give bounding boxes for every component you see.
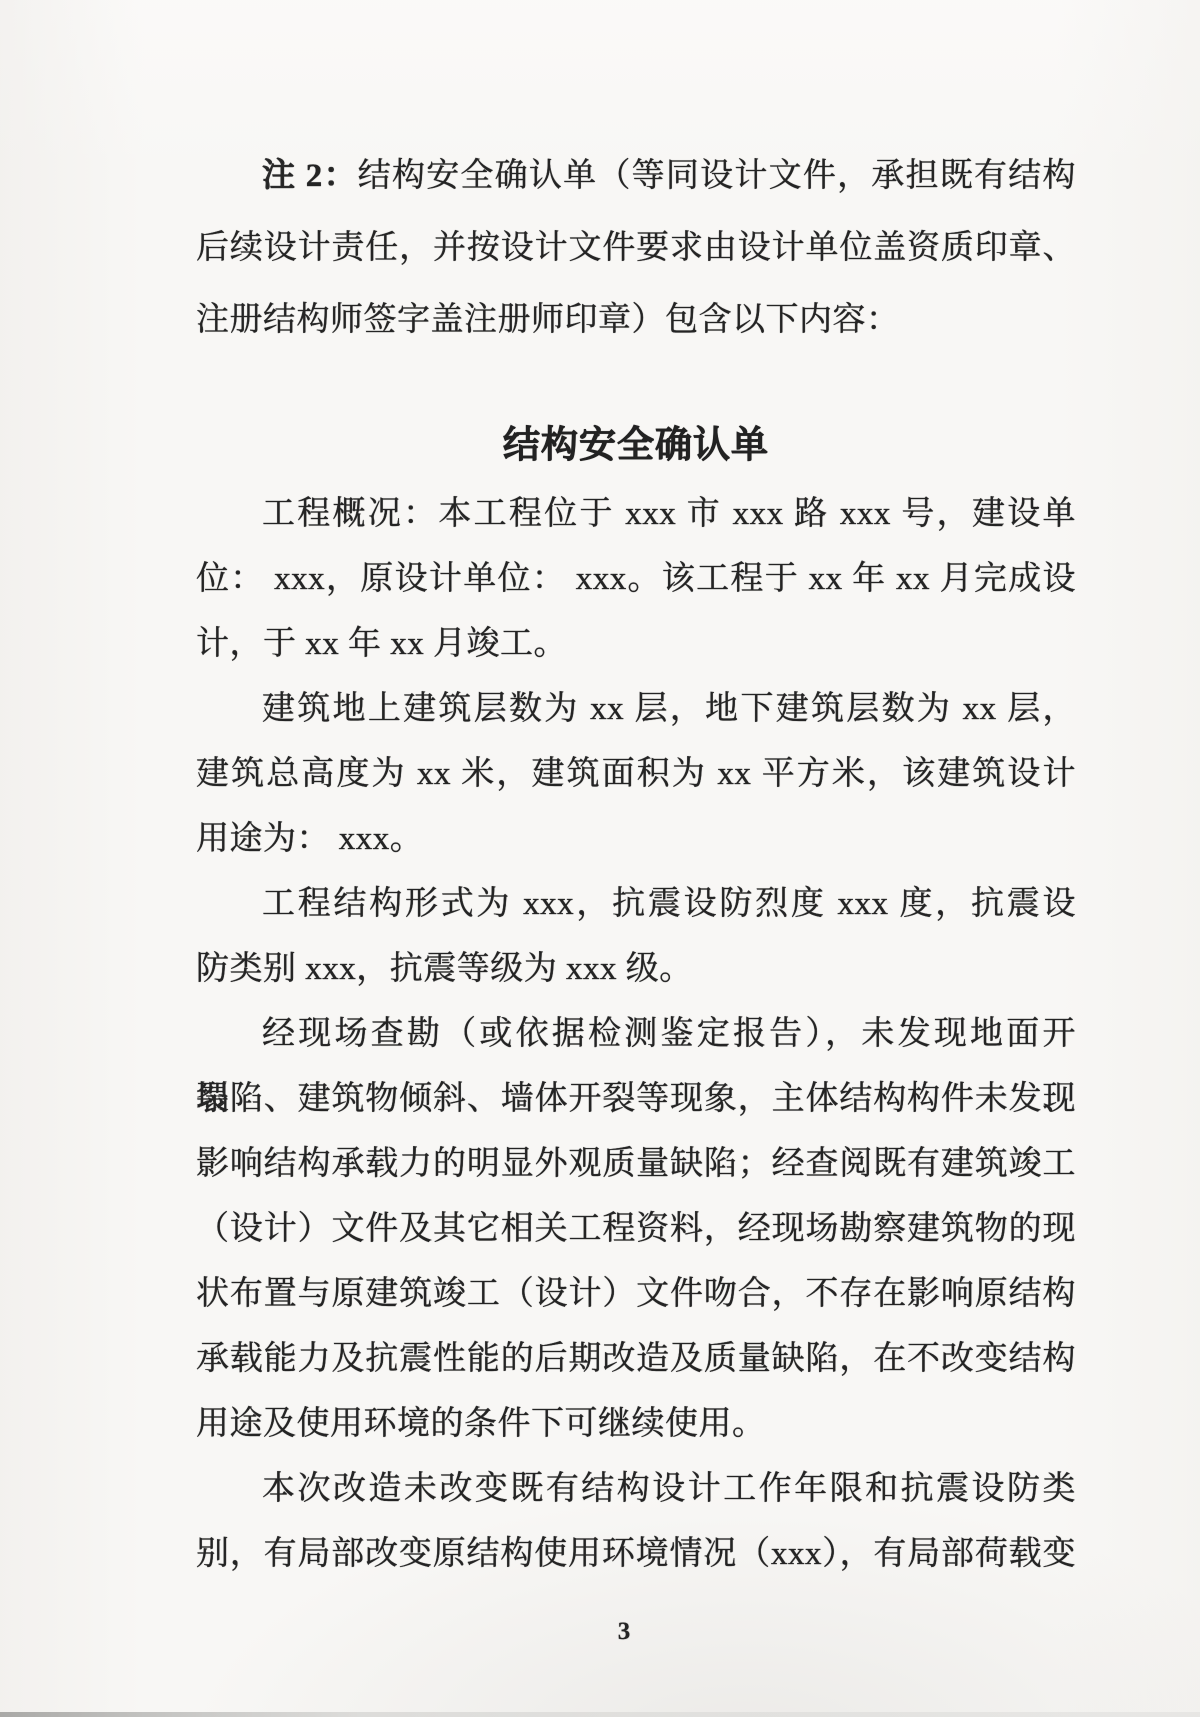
structure-line-2: 防类别 xxx，抗震等级为 xxx 级。	[196, 937, 1076, 1002]
page-number: 3	[618, 1612, 631, 1652]
renovation-line-2: 别，有局部改变原结构使用环境情况（xxx），有局部荷载变	[196, 1522, 1076, 1587]
building-line-2: 建筑总高度为 xx 米，建筑面积为 xx 平方米，该建筑设计	[196, 742, 1076, 807]
survey-line-2: 塌陷、建筑物倾斜、墙体开裂等现象，主体结构构件未发现	[196, 1067, 1076, 1132]
note2-line-1: 注 2：结构安全确认单（等同设计文件，承担既有结构	[196, 140, 1076, 212]
survey-line-1: 经现场查勘（或依据检测鉴定报告），未发现地面开裂、	[196, 1002, 1076, 1067]
note2-label: 注 2：	[262, 158, 358, 194]
renovation-line-1: 本次改造未改变既有结构设计工作年限和抗震设防类	[196, 1457, 1076, 1522]
note2-line-2: 后续设计责任，并按设计文件要求由设计单位盖资质印章、	[196, 212, 1076, 284]
survey-line-6: 承载能力及抗震性能的后期改造及质量缺陷，在不改变结构	[196, 1327, 1076, 1392]
building-line-3: 用途为： xxx。	[196, 807, 1076, 872]
note2-line-1-text: 结构安全确认单（等同设计文件，承担既有结构	[358, 158, 1076, 194]
overview-line-3: 计，于 xx 年 xx 月竣工。	[196, 612, 1076, 677]
document-page: 注 2：结构安全确认单（等同设计文件，承担既有结构 后续设计责任，并按设计文件要…	[0, 0, 1200, 1717]
structure-line-1: 工程结构形式为 xxx，抗震设防烈度 xxx 度，抗震设	[196, 872, 1076, 937]
survey-line-3: 影响结构承载力的明显外观质量缺陷；经查阅既有建筑竣工	[196, 1132, 1076, 1197]
document-title: 结构安全确认单	[196, 410, 1076, 482]
note2-line-3: 注册结构师签字盖注册师印章）包含以下内容：	[196, 284, 1076, 356]
building-line-1: 建筑地上建筑层数为 xx 层，地下建筑层数为 xx 层，	[196, 677, 1076, 742]
overview-line-1: 工程概况：本工程位于 xxx 市 xxx 路 xxx 号，建设单	[196, 482, 1076, 547]
survey-line-7: 用途及使用环境的条件下可继续使用。	[196, 1392, 1076, 1457]
text-block: 注 2：结构安全确认单（等同设计文件，承担既有结构 后续设计责任，并按设计文件要…	[196, 140, 1076, 1587]
page-bottom-edge-shadow	[0, 1712, 1200, 1717]
survey-line-5: 状布置与原建筑竣工（设计）文件吻合，不存在影响原结构	[196, 1262, 1076, 1327]
overview-line-2: 位： xxx，原设计单位： xxx。该工程于 xx 年 xx 月完成设	[196, 547, 1076, 612]
survey-line-4: （设计）文件及其它相关工程资料，经现场勘察建筑物的现	[196, 1197, 1076, 1262]
